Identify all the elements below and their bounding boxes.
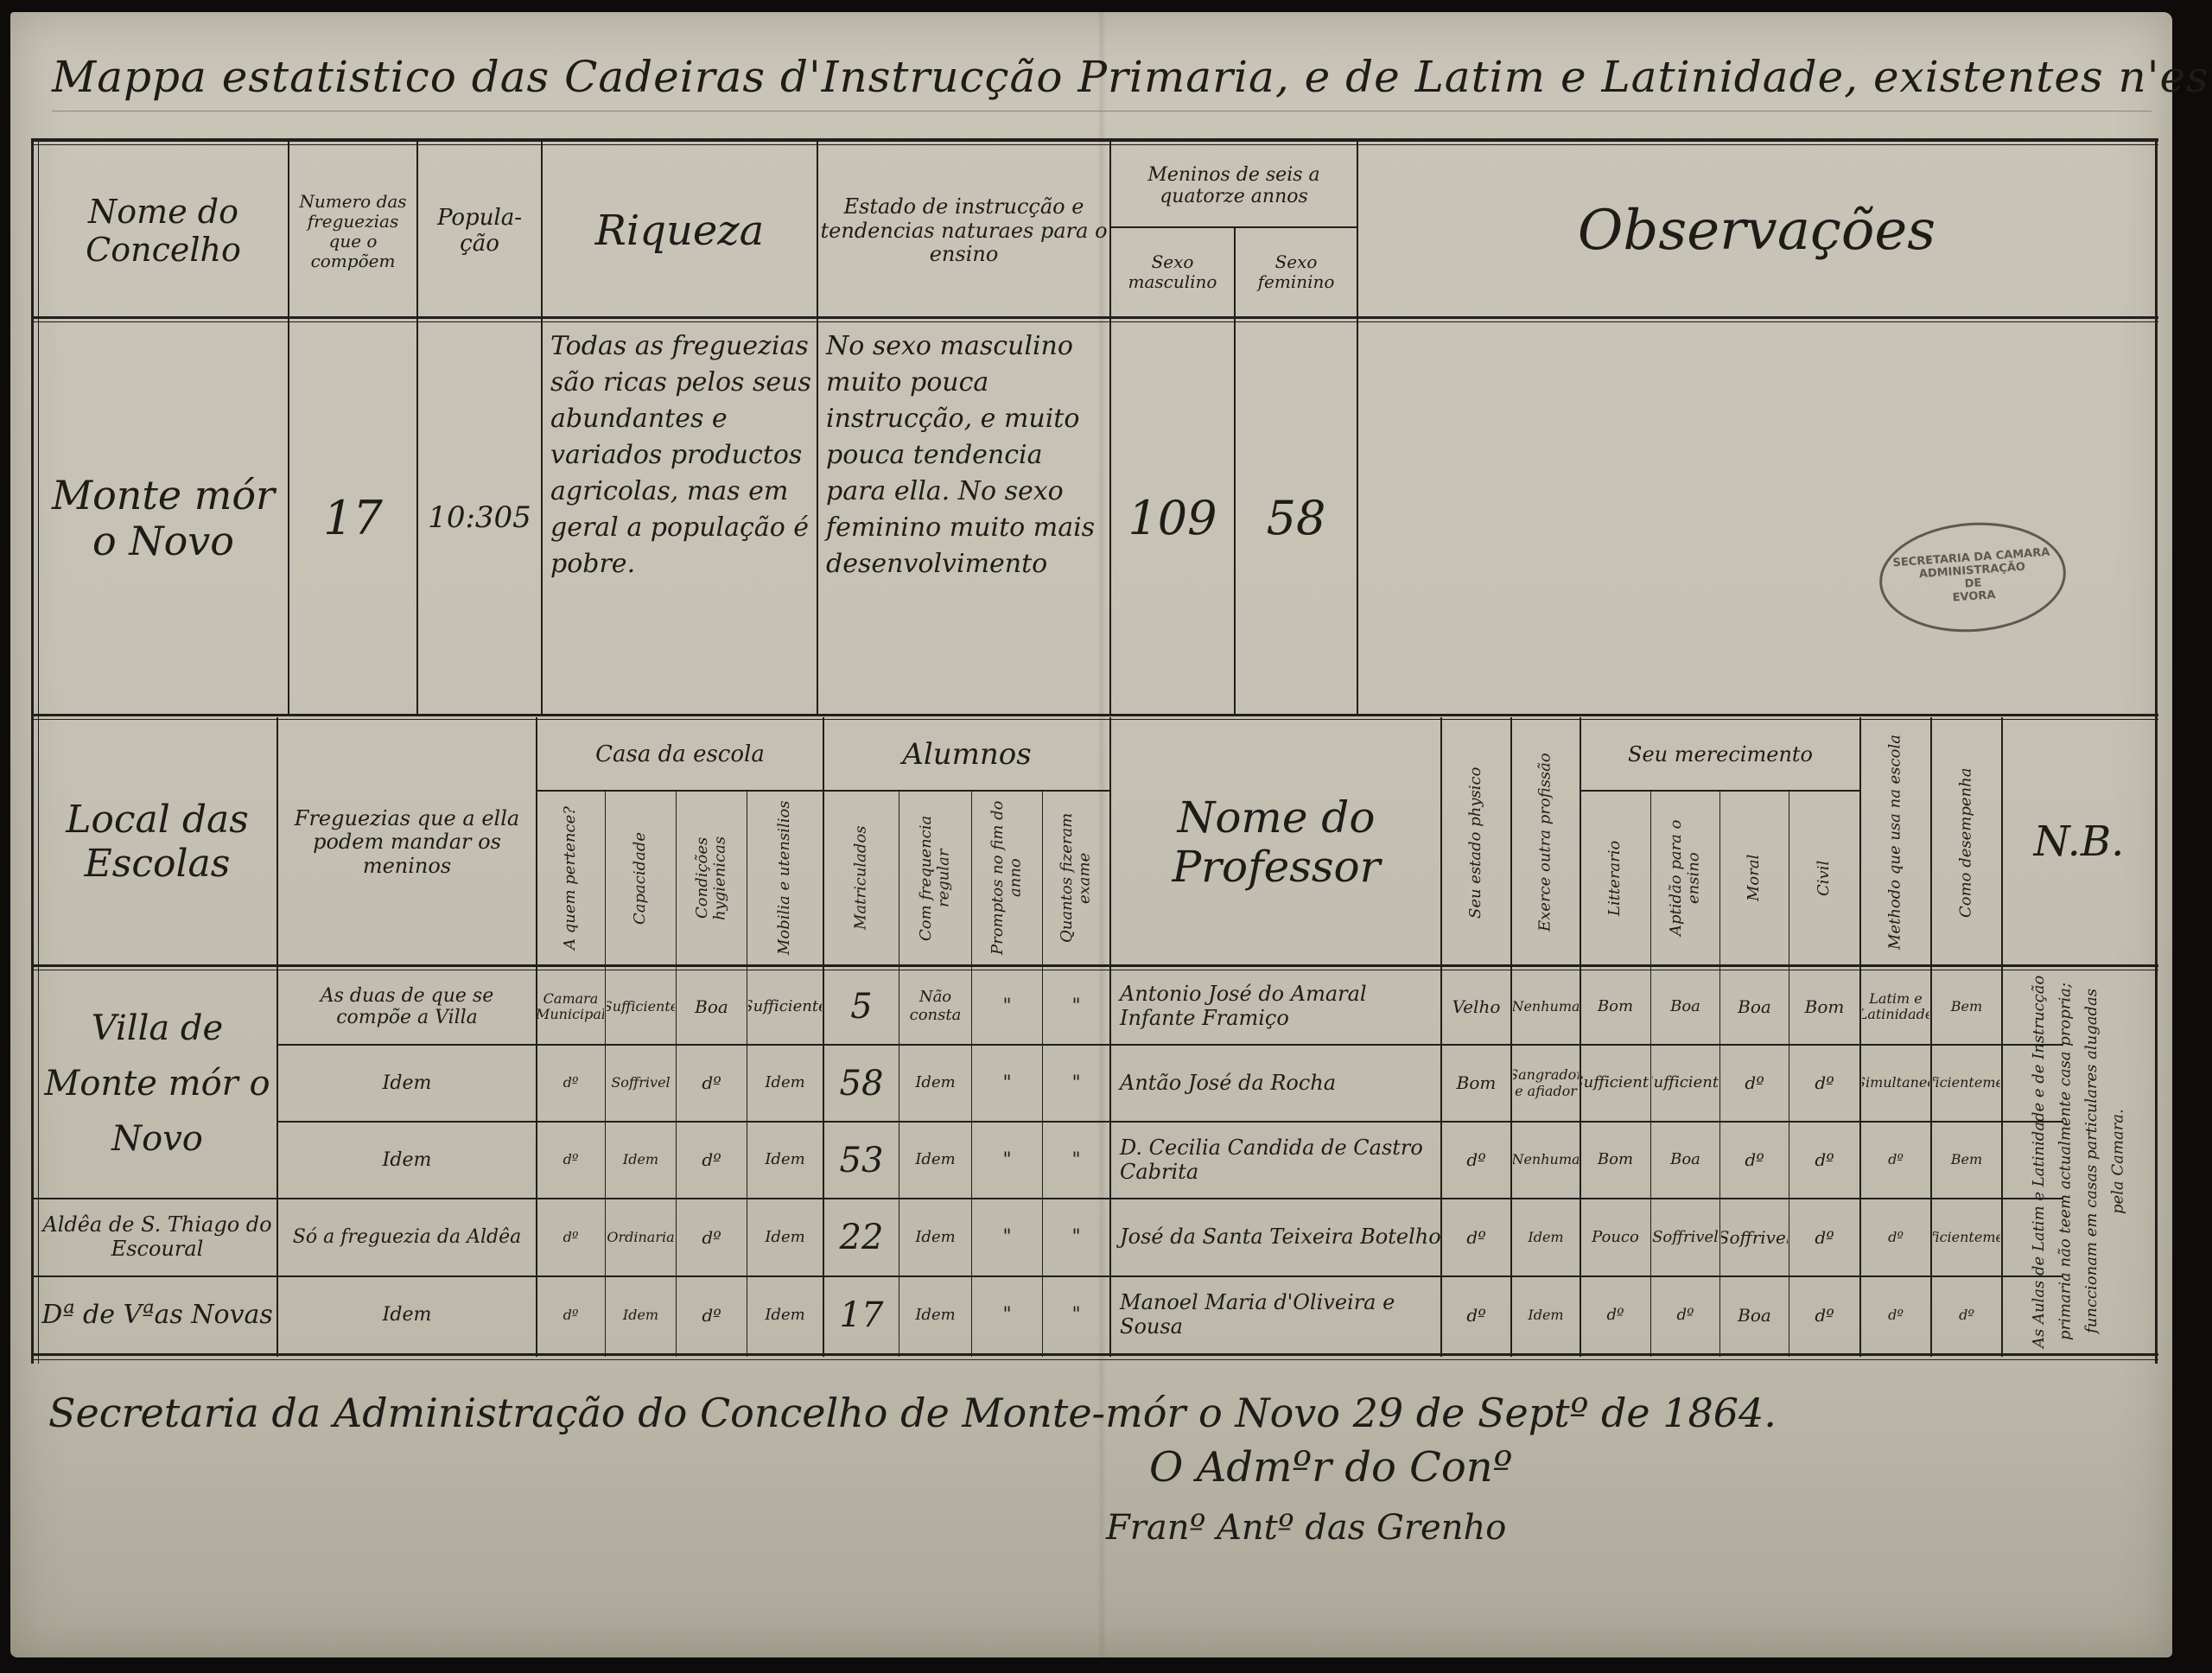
cell-condicoes-hygienicas: dº	[677, 1279, 746, 1352]
cell-methodo: dº	[1862, 1201, 1929, 1274]
cell-mobilia: Idem	[748, 1279, 822, 1352]
cell-como-desempenha: Bem	[1933, 971, 2000, 1042]
cell-quem-pertence: dº	[537, 1047, 604, 1119]
cell-nome-concelho: Monte mór o Novo	[40, 325, 287, 712]
cell-exerce-outra: Nenhuma	[1513, 1124, 1579, 1196]
cell-litterario: Sufficiente	[1581, 1047, 1649, 1119]
cell-capacidade: Sufficiente	[607, 971, 675, 1042]
cell-frequencia: Idem	[900, 1201, 970, 1274]
cell-quem-pertence: dº	[537, 1124, 604, 1196]
cell-promptos: "	[973, 1047, 1041, 1119]
cell-observacoes	[1359, 325, 2154, 712]
cell-condicoes-hygienicas: dº	[677, 1124, 746, 1196]
cell-methodo: dº	[1862, 1124, 1929, 1196]
cell-mobilia: Sufficiente	[748, 971, 822, 1042]
header-litterario: Litterario	[1581, 793, 1649, 963]
cell-frequencia: Idem	[900, 1047, 970, 1119]
header-alumnos-group: Alumnos	[826, 722, 1108, 788]
cell-como-desempenha: Bem	[1933, 1124, 2000, 1196]
header-aptidao-ensino: Aptidão para o ensino	[1652, 793, 1719, 963]
cell-frequencia: Não consta	[900, 971, 970, 1042]
header-meninos-group: Meninos de seis a quatorze annos	[1112, 147, 1356, 225]
header-sexo-feminino: Sexo feminino	[1236, 230, 1356, 315]
cell-quem-pertence: dº	[537, 1279, 604, 1352]
cell-civil: dº	[1790, 1047, 1859, 1119]
cell-methodo: Simultaneo	[1862, 1047, 1929, 1119]
cell-matriculados: 17	[825, 1279, 898, 1352]
cell-moral: dº	[1721, 1047, 1788, 1119]
cell-aptidao: Boa	[1652, 971, 1719, 1042]
cell-capacidade: Idem	[607, 1124, 675, 1196]
cell-aptidao: dº	[1652, 1279, 1719, 1352]
header-riqueza: Riqueza	[543, 147, 816, 315]
cell-capacidade: Soffrivel	[607, 1047, 675, 1119]
cell-methodo: dº	[1862, 1279, 1929, 1352]
cell-frequencia: Idem	[900, 1279, 970, 1352]
cell-estado-physico: dº	[1443, 1279, 1510, 1352]
cell-freguezias: Idem	[280, 1047, 534, 1119]
cell-condicoes-hygienicas: dº	[677, 1201, 746, 1274]
cell-exame: "	[1044, 1124, 1109, 1196]
cell-frequencia: Idem	[900, 1124, 970, 1196]
cell-aptidao: Soffrivel	[1652, 1201, 1719, 1274]
cell-promptos: "	[973, 1279, 1041, 1352]
cell-exerce-outra: Nenhuma	[1513, 971, 1579, 1042]
header-condicoes-hygienicas: Condições hygienicas	[677, 793, 746, 963]
cell-capacidade: Idem	[607, 1279, 675, 1352]
header-estado-instrucao: Estado de instrucção e tendencias natura…	[819, 147, 1109, 315]
cell-sexo-masculino: 109	[1112, 325, 1233, 712]
cell-freguezias: Idem	[280, 1279, 534, 1352]
header-populacao: Popula-ção	[419, 147, 540, 315]
cell-matriculados: 5	[825, 971, 898, 1042]
cell-exame: "	[1044, 1047, 1109, 1119]
header-quem-fornece: A quem pertence?	[537, 793, 604, 963]
cell-estado-instrucao: No sexo masculino muito pouca instrucção…	[819, 328, 1107, 709]
footer-signature: Franº Antº das Grenho	[1106, 1508, 1506, 1548]
cell-matriculados: 53	[825, 1124, 898, 1196]
cell-mobilia: Idem	[748, 1047, 822, 1119]
cell-litterario: Bom	[1581, 971, 1649, 1042]
header-exerce-outra: Exerce outra profissão	[1513, 722, 1579, 963]
cell-litterario: Bom	[1581, 1124, 1649, 1196]
cell-professor: Antonio José do Amaral Infante Framiço	[1113, 971, 1446, 1042]
header-estado-physico: Seu estado physico	[1443, 722, 1510, 963]
cell-moral: Soffrivel	[1721, 1201, 1788, 1274]
cell-como-desempenha: dº	[1933, 1279, 2000, 1352]
cell-aptidao: Sufficiente	[1652, 1047, 1719, 1119]
cell-exame: "	[1044, 971, 1109, 1042]
header-casa-escola-group: Casa da escola	[539, 722, 821, 788]
cell-local-vendas-novas: Dª de Vªas Novas	[40, 1279, 275, 1352]
cell-civil: Bom	[1790, 971, 1859, 1042]
cell-numero-freguesias: 17	[290, 325, 416, 712]
cell-exame: "	[1044, 1201, 1109, 1274]
cell-como-desempenha: Sufficientemente	[1933, 1047, 2000, 1119]
header-numero-freguesias: Numero das freguezias que o compõem	[290, 147, 416, 315]
header-nb: N.B.	[2004, 722, 2154, 963]
cell-exerce-outra: Idem	[1513, 1279, 1579, 1352]
cell-promptos: "	[973, 1124, 1041, 1196]
header-nome-concelho: Nome do Concelho	[40, 147, 287, 315]
cell-nb-note: As Aulas de Latim e Latinidade e de Inst…	[2005, 971, 2153, 1352]
cell-professor: Antão José da Rocha	[1113, 1047, 1446, 1119]
cell-condicoes-hygienicas: dº	[677, 1047, 746, 1119]
header-sexo-masculino: Sexo masculino	[1112, 230, 1233, 315]
cell-exerce-outra: Sangrador e afiador	[1513, 1047, 1579, 1119]
header-observacoes: Observações	[1359, 147, 2154, 315]
header-frequencia-regular: Com frequencia regular	[900, 793, 970, 963]
header-como-desempenha: Como desempenha	[1933, 722, 2000, 963]
cell-estado-physico: dº	[1443, 1201, 1510, 1274]
cell-methodo: Latim e Latinidade	[1862, 971, 1929, 1042]
cell-promptos: "	[973, 1201, 1041, 1274]
cell-moral: Boa	[1721, 971, 1788, 1042]
header-merecimento-group: Seu merecimento	[1582, 722, 1859, 788]
cell-professor: D. Cecilia Candida de Castro Cabrita	[1113, 1124, 1446, 1196]
cell-moral: Boa	[1721, 1279, 1788, 1352]
header-civil: Civil	[1790, 793, 1859, 963]
header-methodo: Methodo que usa na escola	[1862, 722, 1929, 963]
footer-role: O Admºr do Conº	[1149, 1443, 1512, 1492]
cell-quem-pertence: Camara Municipal	[537, 971, 604, 1042]
cell-exerce-outra: Idem	[1513, 1201, 1579, 1274]
title-baseline	[52, 111, 2152, 111]
cell-estado-physico: Velho	[1443, 971, 1510, 1042]
cell-freguezias: Só a freguezia da Aldêa	[280, 1201, 534, 1274]
cell-aptidao: Boa	[1652, 1124, 1719, 1196]
cell-mobilia: Idem	[748, 1124, 822, 1196]
cell-riqueza: Todas as freguezias são ricas pelos seus…	[543, 328, 814, 657]
cell-civil: dº	[1790, 1201, 1859, 1274]
stamp-line-3: DE	[1964, 576, 1982, 590]
cell-local-aldea: Aldêa de S. Thiago do Escoural	[40, 1201, 275, 1274]
cell-estado-physico: Bom	[1443, 1047, 1510, 1119]
footer-dateline: Secretaria da Administração do Concelho …	[48, 1390, 1777, 1436]
cell-capacidade: Ordinaria	[607, 1201, 675, 1274]
stamp-line-4: EVORA	[1952, 588, 1996, 604]
header-local-escolas: Local das Escolas	[40, 722, 275, 963]
cell-freguezias: Idem	[280, 1124, 534, 1196]
cell-exame: "	[1044, 1279, 1109, 1352]
cell-litterario: dº	[1581, 1279, 1649, 1352]
cell-quem-pertence: dº	[537, 1201, 604, 1274]
cell-freguezias: As duas de que se compõe a Villa	[280, 971, 534, 1042]
cell-matriculados: 22	[825, 1201, 898, 1274]
cell-mobilia: Idem	[748, 1201, 822, 1274]
cell-professor: José da Santa Teixeira Botelho	[1113, 1201, 1446, 1274]
cell-como-desempenha: Sufficientemente	[1933, 1201, 2000, 1274]
header-quantos-exame: Quantos fizeram exame	[1044, 793, 1109, 963]
header-moral: Moral	[1721, 793, 1788, 963]
cell-promptos: "	[973, 971, 1041, 1042]
cell-civil: dº	[1790, 1279, 1859, 1352]
header-mobilia-utensilios: Mobilia e utensilios	[748, 793, 822, 963]
cell-local-villa: Villa de Monte mór o Novo	[40, 971, 275, 1196]
cell-populacao: 10:305	[419, 325, 540, 712]
cell-condicoes-hygienicas: Boa	[677, 971, 746, 1042]
header-freguezias-mandar: Freguezias que a ella podem mandar os me…	[280, 722, 534, 963]
cell-professor: Manoel Maria d'Oliveira e Sousa	[1113, 1279, 1446, 1352]
header-capacidade: Capacidade	[607, 793, 675, 963]
header-nome-professor: Nome do Professor	[1113, 722, 1440, 963]
cell-estado-physico: dº	[1443, 1124, 1510, 1196]
cell-civil: dº	[1790, 1124, 1859, 1196]
cell-litterario: Pouco	[1581, 1201, 1649, 1274]
cell-sexo-feminino: 58	[1236, 325, 1356, 712]
header-matriculados: Matriculados	[825, 793, 898, 963]
cell-matriculados: 58	[825, 1047, 898, 1119]
header-promptos: Promptos no fim do anno	[973, 793, 1041, 963]
cell-moral: dº	[1721, 1124, 1788, 1196]
